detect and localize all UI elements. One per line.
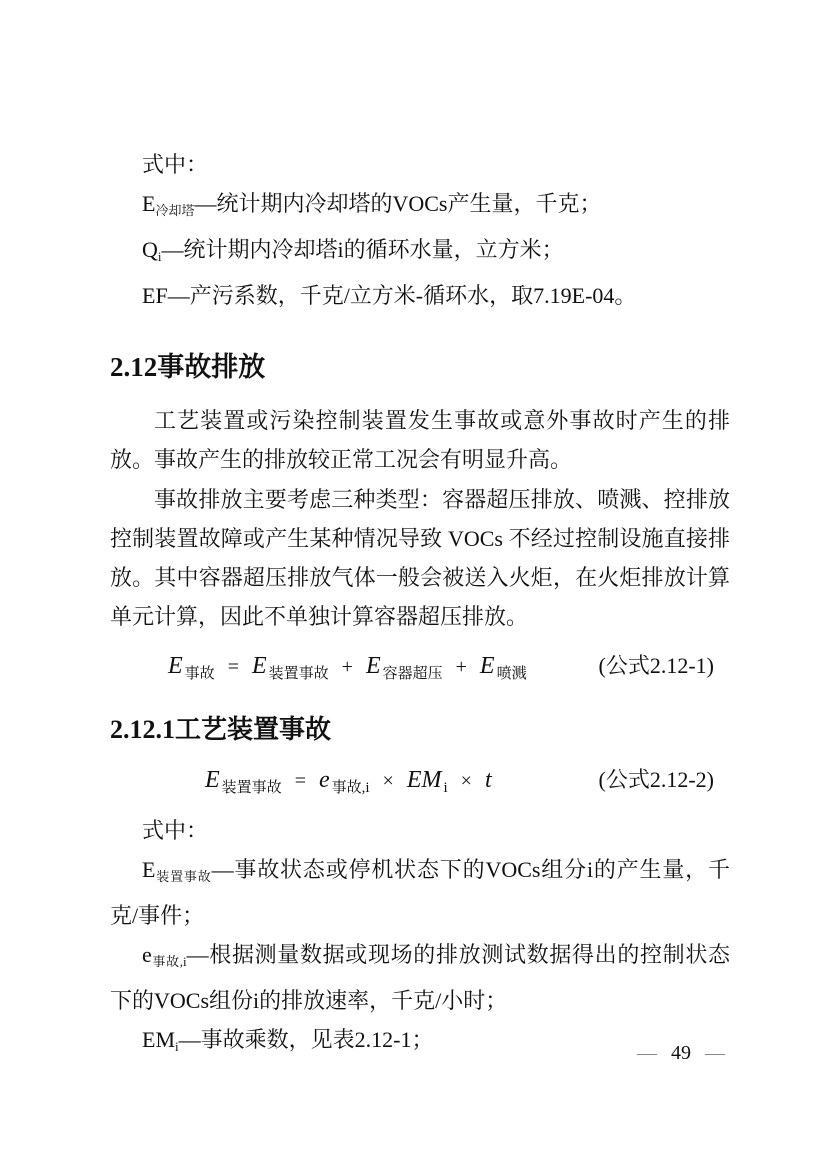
section-title: 事故排放 xyxy=(157,352,265,382)
page-number: 49 xyxy=(671,1042,691,1064)
section-heading-2-12: 2.12事故排放 xyxy=(110,344,730,390)
definition-text: —根据测量数据或现场的排放测试数据得出的控制状态下的VOCs组份i的排放速率，千… xyxy=(110,942,730,1013)
symbol-em: EM xyxy=(142,1027,175,1052)
formula-subscript: 事故,i xyxy=(332,780,370,796)
paragraph-1: 工艺装置或污染控制装置发生事故或意外事故时产生的排放。事故产生的排放较正常工况会… xyxy=(110,401,730,479)
formula-var: E xyxy=(252,653,267,679)
formula-var: t xyxy=(485,767,492,793)
formula-var: EM xyxy=(407,767,442,793)
formula-subscript: 事故 xyxy=(185,666,215,682)
page-content: 式中： E冷却塔—统计期内冷却塔的VOCs产生量，千克； Qi—统计期内冷却塔i… xyxy=(110,0,730,1066)
definition-e-accident-i: e事故,i—根据测量数据或现场的排放测试数据得出的控制状态下的VOCs组份i的排… xyxy=(110,935,730,1020)
definition-text: —产污系数，千克/立方米-循环水，取7.19E-04。 xyxy=(168,283,637,308)
subsection-title: 工艺装置事故 xyxy=(175,714,331,744)
multiply-sign: × xyxy=(461,770,472,792)
formula-expression: E装置事故=e事故,i×EMi×t xyxy=(205,757,492,811)
definition-text: —事故状态或停机状态下的VOCs组分i的产生量，千克/事件； xyxy=(110,857,730,928)
subsection-number: 2.12.1 xyxy=(110,715,175,744)
equals-sign: = xyxy=(295,770,306,792)
formula-var: E xyxy=(366,653,381,679)
symbol-ef: EF xyxy=(142,283,168,308)
symbol-q: Q xyxy=(142,237,158,262)
formula-label: (公式2.12-2) xyxy=(599,757,714,803)
subscript-coolingtower: 冷却塔 xyxy=(155,203,194,218)
definition-text: —统计期内冷却塔的VOCs产生量，千克； xyxy=(194,191,601,216)
where-clause-label-2: 式中： xyxy=(110,811,730,850)
symbol-e-unit-accident: E xyxy=(142,857,155,882)
formula-subscript: 容器超压 xyxy=(383,666,443,682)
plus-sign: + xyxy=(342,656,353,678)
formula-subscript: 装置事故 xyxy=(222,780,282,796)
definition-text: —统计期内冷却塔i的循环水量，立方米； xyxy=(162,237,564,262)
formula-var: E xyxy=(480,653,495,679)
definition-e-coolingtower: E冷却塔—统计期内冷却塔的VOCs产生量，千克； xyxy=(110,184,730,230)
formula-subscript: 装置事故 xyxy=(269,666,329,682)
symbol-e-coolingtower: E xyxy=(142,191,155,216)
formula-var: e xyxy=(319,767,330,793)
subscript-accident-i: 事故,i xyxy=(152,954,187,969)
formula-2-12-1: E事故=E装置事故+E容器超压+E喷溅 (公式2.12-1) xyxy=(110,643,730,697)
formula-2-12-2: E装置事故=e事故,i×EMi×t (公式2.12-2) xyxy=(110,757,730,811)
definition-text: —事故乘数，见表2.12-1； xyxy=(179,1027,434,1052)
formula-var: E xyxy=(205,767,220,793)
paragraph-2: 事故排放主要考虑三种类型：容器超压排放、喷溅、控排放控制装置故障或产生某种情况导… xyxy=(110,480,730,636)
symbol-e-lower: e xyxy=(142,942,152,967)
multiply-sign: × xyxy=(383,770,394,792)
formula-expression: E事故=E装置事故+E容器超压+E喷溅 xyxy=(168,643,527,697)
plus-sign: + xyxy=(456,656,467,678)
formula-var: E xyxy=(168,653,183,679)
formula-label: (公式2.12-1) xyxy=(599,643,714,689)
definition-ef: EF—产污系数，千克/立方米-循环水，取7.19E-04。 xyxy=(110,276,730,315)
equals-sign: = xyxy=(228,656,239,678)
footer-right-dash: — xyxy=(705,1042,725,1064)
where-clause-label-1: 式中： xyxy=(110,145,730,184)
footer-left-dash: — xyxy=(637,1042,657,1064)
page-footer: —49— xyxy=(637,1042,725,1064)
section-number: 2.12 xyxy=(110,352,157,382)
definition-q-i: Qi—统计期内冷却塔i的循环水量，立方米； xyxy=(110,230,730,276)
document-page: 式中： E冷却塔—统计期内冷却塔的VOCs产生量，千克； Qi—统计期内冷却塔i… xyxy=(0,0,827,1169)
formula-subscript: 喷溅 xyxy=(497,666,527,682)
definition-e-unit-accident: E装置事故—事故状态或停机状态下的VOCs组分i的产生量，千克/事件； xyxy=(110,850,730,935)
subscript-unit-accident: 装置事故 xyxy=(155,869,211,884)
subsection-heading-2-12-1: 2.12.1工艺装置事故 xyxy=(110,706,730,753)
formula-subscript: i xyxy=(443,780,447,796)
